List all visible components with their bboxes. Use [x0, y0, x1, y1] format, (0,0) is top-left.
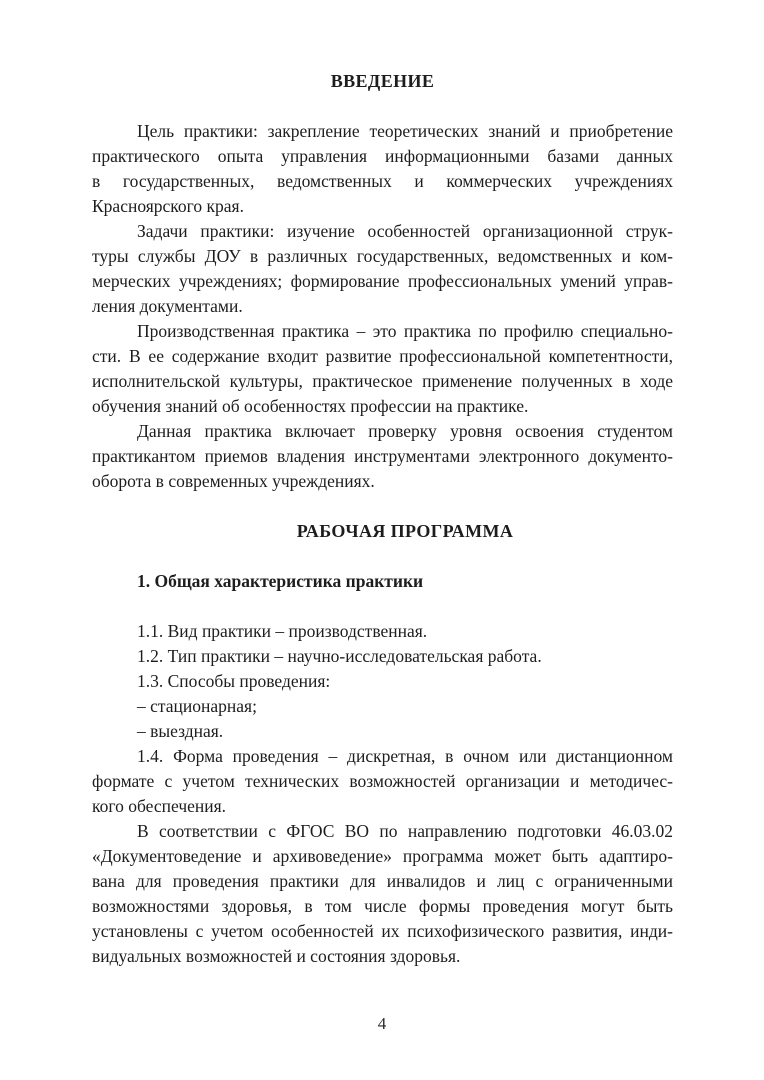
paragraph-line: установлены с учетом особенностей их пси… [92, 919, 673, 944]
paragraph-line: туры службы ДОУ в различных государствен… [92, 244, 673, 269]
paragraph-line: – стационарная; [92, 694, 673, 719]
paragraph-line: Красноярского края. [92, 194, 673, 219]
paragraph-line: «Документоведение и архивоведение» прогр… [92, 844, 673, 869]
paragraph-line: Производственная практика – это практика… [92, 319, 673, 344]
paragraph-line: 1.2. Тип практики – научно-исследователь… [92, 644, 673, 669]
intro-paragraphs: Цель практики: закрепление теоретических… [92, 119, 673, 494]
paragraph-line: Цель практики: закрепление теоретических… [92, 119, 673, 144]
document-page: ВВЕДЕНИЕ Цель практики: закрепление теор… [0, 0, 764, 1080]
introduction-heading: ВВЕДЕНИЕ [92, 69, 673, 94]
page-content: ВВЕДЕНИЕ Цель практики: закрепление теор… [92, 69, 673, 969]
paragraph-line: ления документами. [92, 294, 673, 319]
paragraph-line: исполнительской культуры, практическое п… [92, 369, 673, 394]
paragraph-line: практикантом приемов владения инструмент… [92, 444, 673, 469]
paragraph-line: обучения знаний об особенностях професси… [92, 394, 673, 419]
section-1-heading: 1. Общая характеристика практики [92, 569, 673, 594]
paragraph-line: сти. В ее содержание входит развитие про… [92, 344, 673, 369]
paragraph-line: возможностями здоровья, в том числе форм… [92, 894, 673, 919]
paragraph-line: практического опыта управления информаци… [92, 144, 673, 169]
paragraph-line: 1.3. Способы проведения: [92, 669, 673, 694]
paragraph-line: Данная практика включает проверку уровня… [92, 419, 673, 444]
page-number: 4 [0, 1011, 764, 1036]
paragraph-line: кого обеспечения. [92, 794, 673, 819]
paragraph-line: вана для проведения практики для инвалид… [92, 869, 673, 894]
paragraph-line: 1.1. Вид практики – производственная. [92, 619, 673, 644]
paragraph-line: 1.4. Форма проведения – дискретная, в оч… [92, 744, 673, 769]
paragraph-line: формате с учетом технических возможносте… [92, 769, 673, 794]
program-heading: РАБОЧАЯ ПРОГРАММА [92, 519, 673, 544]
paragraph-line: Задачи практики: изучение особенностей о… [92, 219, 673, 244]
paragraph-line: мерческих учреждениях; формирование проф… [92, 269, 673, 294]
paragraph-line: – выездная. [92, 719, 673, 744]
paragraph-line: В соответствии с ФГОС ВО по направлению … [92, 819, 673, 844]
program-body: 1.1. Вид практики – производственная.1.2… [92, 619, 673, 969]
paragraph-line: видуальных возможностей и состояния здор… [92, 944, 673, 969]
paragraph-line: в государственных, ведомственных и комме… [92, 169, 673, 194]
paragraph-line: оборота в современных учреждениях. [92, 469, 673, 494]
